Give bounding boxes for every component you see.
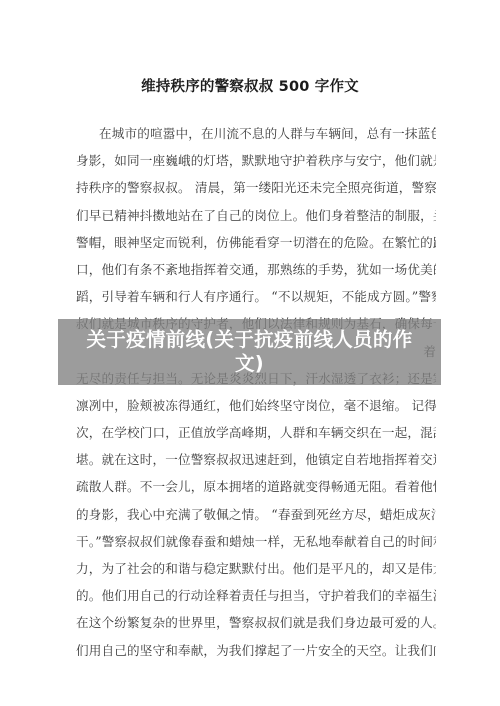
body-line: 蹈，引导着车辆和行人有序通行。 “不以规矩，不能成方圆。”警察叔 (76, 283, 436, 310)
document-body: 在城市的喧嚣中，在川流不息的人群与车辆间，总有一抹蓝色的 身影，如同一座巍峨的灯… (76, 120, 436, 664)
body-line: 身影，如同一座巍峨的灯塔，默默地守护着秩序与安宁，他们就是维 (76, 147, 436, 174)
body-line: 警帽，眼神坚定而锐利，仿佛能看穿一切潜在的危险。在繁忙的路 (76, 229, 436, 256)
body-line: 的。他们用自己的行动诠释着责任与担当，守护着我们的幸福生活。 (76, 582, 436, 609)
body-line: 次，在学校门口，正值放学高峰期，人群和车辆交织在一起，混乱不 (76, 419, 436, 446)
body-line: 口，他们有条不紊地指挥着交通，那熟练的手势，犹如一场优美的舞 (76, 256, 436, 283)
document-page: 维持秩序的警察叔叔 500 字作文 在城市的喧嚣中，在川流不息的人群与车辆间，总… (0, 0, 500, 706)
overlay-title-line-1: 关于疫情前线(关于抗疫前线人员的作 (86, 328, 412, 352)
body-line: 干。”警察叔叔们就像春蚕和蜡烛一样，无私地奉献着自己的时间和精 (76, 528, 436, 555)
body-line: 力，为了社会的和谐与稳定默默付出。他们是平凡的，却又是伟大 (76, 555, 436, 582)
overlay-title: 关于疫情前线(关于抗疫前线人员的作 文) (58, 319, 441, 385)
body-line: 们早已精神抖擞地站在了自己的岗位上。他们身着整洁的制服，头戴 (76, 202, 436, 229)
body-line: 的身影，我心中充满了敬佩之情。 “春蚕到死丝方尽，蜡炬成灰泪始 (76, 501, 436, 528)
document-title: 维持秩序的警察叔叔 500 字作文 (0, 75, 500, 96)
body-line: 凛冽中，脸颊被冻得通红，他们始终坚守岗位，毫不退缩。 记得有一 (76, 392, 436, 419)
body-line: 们用自己的坚守和奉献，为我们撑起了一片安全的天空。让我们向这 (76, 637, 436, 664)
overlay-title-line-2: 文) (86, 352, 412, 376)
body-line: 在这个纷繁复杂的世界里，警察叔叔们就是我们身边最可爱的人。他 (76, 609, 436, 636)
body-line: 堪。就在这时，一位警察叔叔迅速赶到，他镇定自若地指挥着交通， (76, 446, 436, 473)
body-line: 疏散人群。不一会儿，原本拥堵的道路就变得畅通无阻。看着他忙碌 (76, 473, 436, 500)
body-line: 在城市的喧嚣中，在川流不息的人群与车辆间，总有一抹蓝色的 (76, 120, 436, 147)
body-line: 持秩序的警察叔叔。 清晨，第一缕阳光还未完全照亮街道，警察叔叔 (76, 174, 436, 201)
